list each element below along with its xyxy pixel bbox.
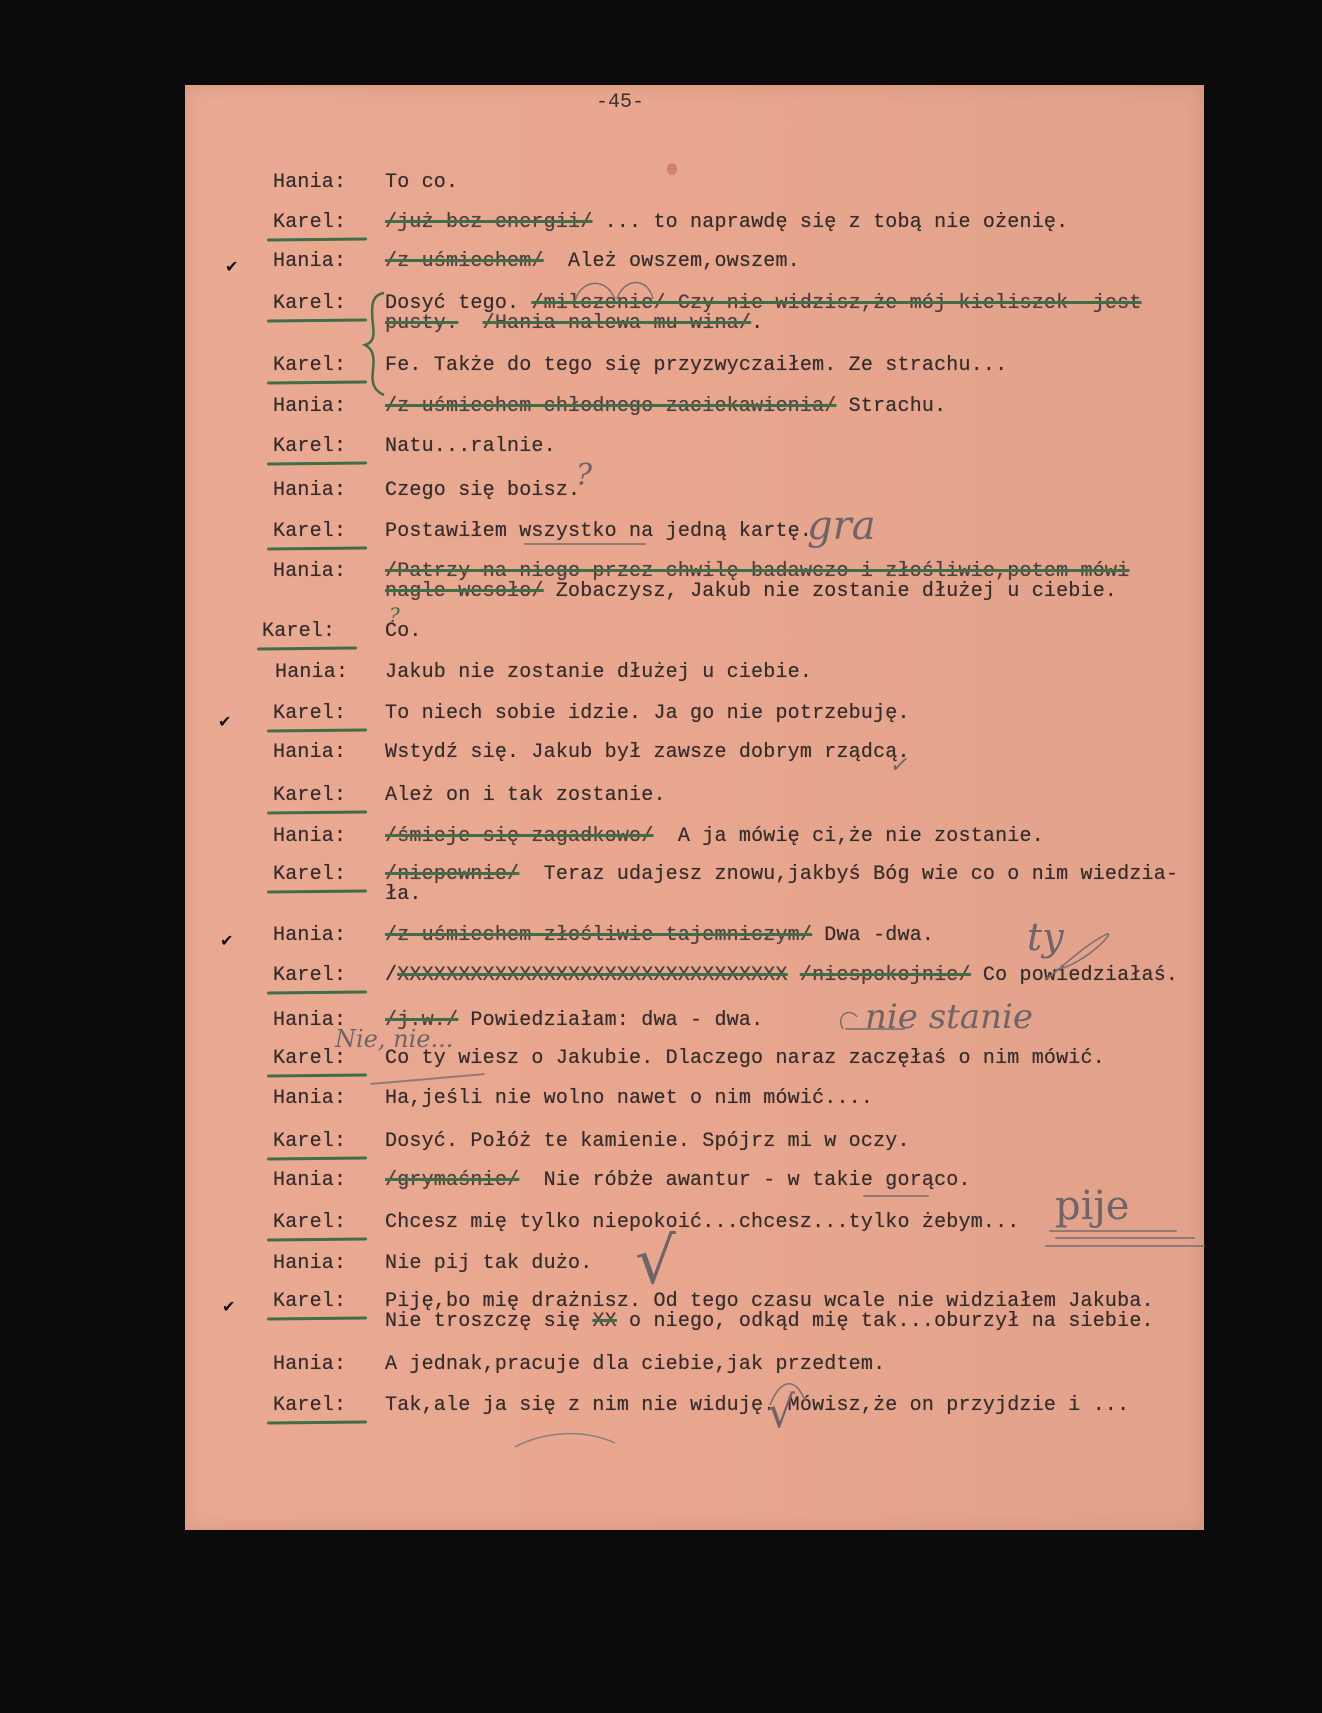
green-brace-icon bbox=[365, 293, 384, 395]
typescript-page: -45- Hania: To co. Karel: /już bez energ… bbox=[185, 85, 1204, 1530]
handwritten-question-mark: ? bbox=[389, 603, 400, 627]
handwritten-ty: ty bbox=[1027, 915, 1064, 959]
pencil-underline bbox=[1045, 1245, 1205, 1247]
check-mark-icon: √ bbox=[635, 1225, 676, 1299]
margin-tick-icon: ✔ bbox=[218, 712, 231, 731]
pencil-arc-bottom-icon bbox=[515, 1434, 615, 1447]
margin-tick-icon: ✔ bbox=[220, 931, 233, 950]
handwritten-question-mark: ? bbox=[576, 458, 592, 493]
annotation-overlay bbox=[185, 85, 1204, 1530]
pencil-arrow-icon bbox=[841, 1013, 857, 1029]
handwritten-nie-stanie: nie stanie bbox=[865, 997, 1033, 1037]
handwritten-gra: gra bbox=[807, 503, 876, 549]
margin-tick-icon: ✔ bbox=[225, 257, 238, 276]
pencil-underline bbox=[1055, 1237, 1195, 1239]
check-mark-icon: √ bbox=[767, 1387, 795, 1438]
handwritten-pije: pije bbox=[1055, 1183, 1129, 1229]
handwritten-nie-nie: Nie, nie... bbox=[335, 1025, 453, 1053]
pencil-arc-icon bbox=[575, 282, 653, 301]
check-mark-icon: ✓ bbox=[889, 753, 907, 778]
pencil-underline bbox=[524, 543, 646, 545]
pencil-underline bbox=[863, 1195, 929, 1197]
margin-tick-icon: ✔ bbox=[222, 1297, 235, 1316]
pencil-underline bbox=[1049, 1230, 1177, 1232]
